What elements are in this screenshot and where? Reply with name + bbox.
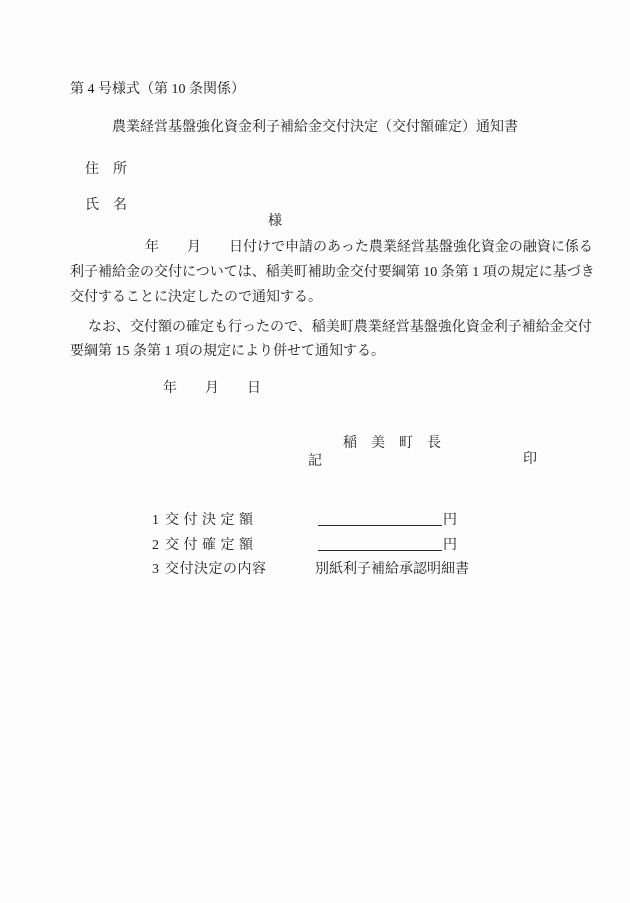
honorific-sama: 様 — [268, 214, 282, 230]
paragraph1-line3: 交付することに決定したので通知する。 — [70, 290, 322, 306]
document-title: 農業経営基盤強化資金利子補給金交付決定（交付額確定）通知書 — [0, 120, 630, 136]
item-row-grant-decision-content: 3 交付決定の内容 別紙利子補給承認明細書 — [0, 562, 630, 580]
mayor-title: 稲 美 町 長 — [343, 436, 441, 452]
item-number: 2 — [152, 538, 159, 554]
document-page: 第 4 号様式（第 10 条関係） 農業経営基盤強化資金利子補給金交付決定（交付… — [0, 0, 630, 903]
item-label: 交 付 決 定 額 — [165, 513, 254, 529]
item-label: 交付決定の内容 — [165, 562, 267, 578]
item-number: 1 — [152, 513, 159, 529]
date-line: 年 月 日 — [163, 381, 261, 397]
item-value: 別紙利子補給承認明細書 — [315, 562, 469, 578]
unit-yen: 円 — [443, 513, 457, 529]
address-label: 住 所 — [85, 162, 127, 178]
unit-yen: 円 — [443, 538, 457, 554]
item-row-grant-decision-amount: 1 交 付 決 定 額 円 — [0, 513, 630, 531]
item-number: 3 — [152, 562, 159, 578]
recipient-name-row: 氏 名 様 — [0, 182, 630, 246]
section-marker-ki: 記 — [0, 454, 630, 470]
name-label: 氏 名 — [85, 198, 127, 214]
paragraph2-line2: 要綱第 15 条第 1 項の規定により併せて通知する。 — [70, 344, 385, 360]
signer-row: 稲 美 町 長 印 — [0, 420, 630, 484]
amount-fill-in-line — [318, 513, 442, 526]
amount-fill-in-line — [318, 538, 442, 551]
paragraph2-line1: なお、交付額の確定も行ったので、稲美町農業経営基盤強化資金利子補給金交付 — [88, 320, 592, 336]
form-number: 第 4 号様式（第 10 条関係） — [70, 82, 245, 98]
item-row-grant-confirmed-amount: 2 交 付 確 定 額 円 — [0, 538, 630, 556]
paragraph1-line1: 年 月 日付けで申請のあった農業経営基盤強化資金の融資に係る — [145, 240, 593, 256]
item-label: 交 付 確 定 額 — [165, 538, 254, 554]
paragraph1-line2: 利子補給金の交付については、稲美町補助金交付要綱第 10 条第 1 項の規定に基… — [70, 265, 595, 281]
